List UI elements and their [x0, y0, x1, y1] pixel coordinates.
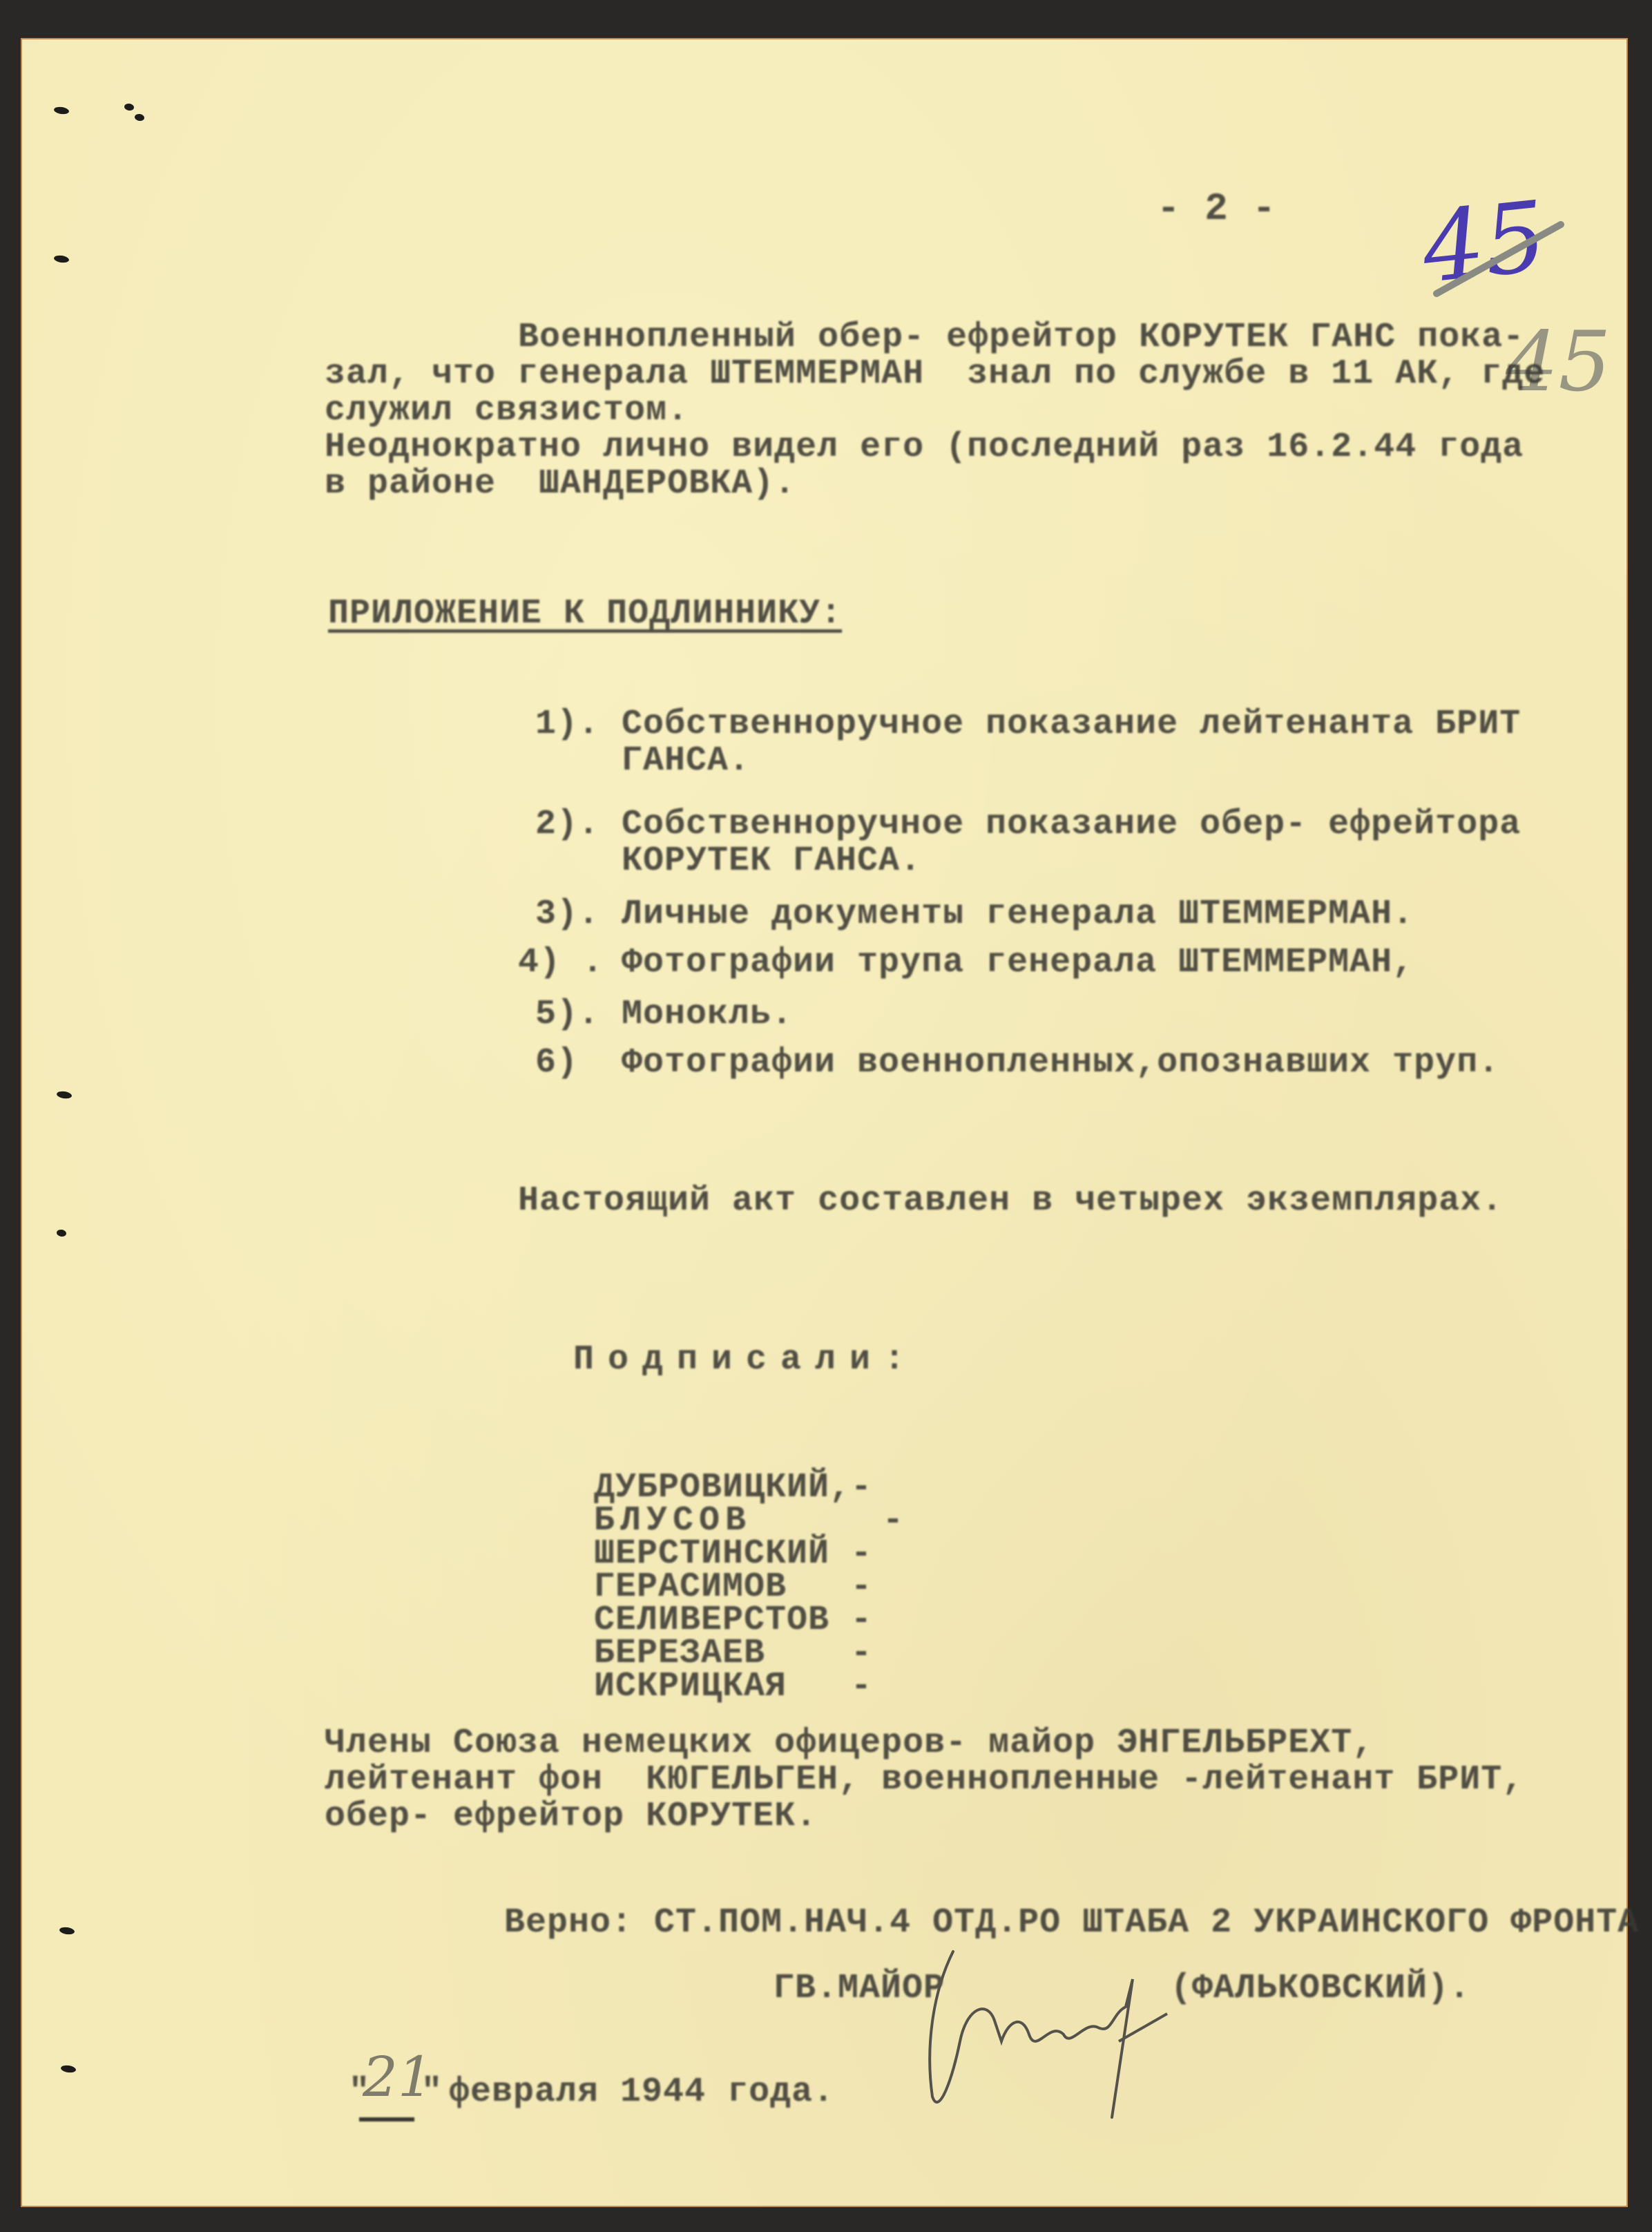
date-text: февраля 1944 года. [449, 2072, 834, 2112]
appendix-item-text: Монокль. [622, 995, 793, 1034]
appendix-item-number: 4) . [518, 943, 604, 982]
appendix-item-number: 3). [535, 895, 599, 934]
members-line: лейтенант фон КЮГЕЛЬГЕН, военнопленные -… [325, 1760, 1524, 1800]
date-day-underline [359, 2117, 414, 2121]
date-close-quote: " [421, 2072, 443, 2112]
appendix-item-number: 1). [535, 705, 599, 744]
certifier-name: (ФАЛЬКОВСКИЙ). [1171, 1969, 1470, 2008]
appendix-item-text: Фотографии военнопленных,опознавших труп… [622, 1043, 1499, 1082]
document-page: - 2 - 45 45 Военнопленный обер- ефрейтор… [21, 38, 1628, 2207]
appendix-item-text: КОРУТЕК ГАНСА. [622, 841, 921, 881]
copies-statement: Настоящий акт составлен в четырех экземп… [518, 1181, 1503, 1221]
paragraph-line: Военнопленный обер- ефрейтор КОРУТЕК ГАН… [518, 318, 1524, 357]
appendix-item-text: Собственноручное показание обер- ефрейто… [622, 805, 1521, 844]
punch-hole [124, 103, 134, 111]
punch-hole [134, 113, 144, 122]
punch-hole [53, 255, 69, 264]
punch-hole [56, 1229, 66, 1237]
punch-hole [56, 1091, 72, 1100]
appendix-item-number: 5). [535, 995, 599, 1034]
appendix-item-text: Личные документы генерала ШТЕММЕРМАН. [622, 895, 1414, 934]
punch-hole [53, 106, 69, 115]
appendix-item-number: 2). [535, 805, 599, 844]
strike-through-mark [1430, 218, 1568, 301]
paragraph-line: служил связистом. [325, 391, 689, 430]
appendix-item-text: Собственноручное показание лейтенанта БР… [622, 705, 1521, 744]
signatory-name: ИСКРИЦКАЯ - [594, 1667, 872, 1706]
paragraph-line: в районе ШАНДЕРОВКА). [325, 464, 796, 504]
punch-hole [59, 1927, 75, 1936]
appendix-heading: ПРИЛОЖЕНИЕ К ПОДЛИННИКУ: [328, 594, 842, 633]
appendix-item-text: Фотографии трупа генерала ШТЕММЕРМАН, [622, 943, 1414, 982]
paragraph-line: Неоднократно лично видел его (последний … [325, 428, 1524, 467]
paragraph-line: зал, что генерала ШТЕММЕРМАН знал по слу… [325, 354, 1545, 394]
handwritten-signature [905, 1938, 1195, 2131]
certification-line: Верно: СТ.ПОМ.НАЧ.4 ОТД.РО ШТАБА 2 УКРАИ… [504, 1903, 1639, 1943]
appendix-item-number: 6) [535, 1043, 578, 1082]
appendix-item-text: ГАНСА. [622, 741, 750, 781]
signed-heading: Подписали: [573, 1340, 919, 1380]
punch-hole [60, 2065, 76, 2074]
members-line: обер- ефрейтор КОРУТЕК. [325, 1797, 817, 1836]
members-line: Члены Союза немецких офицеров- майор ЭНГ… [325, 1724, 1374, 1763]
page-number: - 2 - [1157, 187, 1276, 231]
